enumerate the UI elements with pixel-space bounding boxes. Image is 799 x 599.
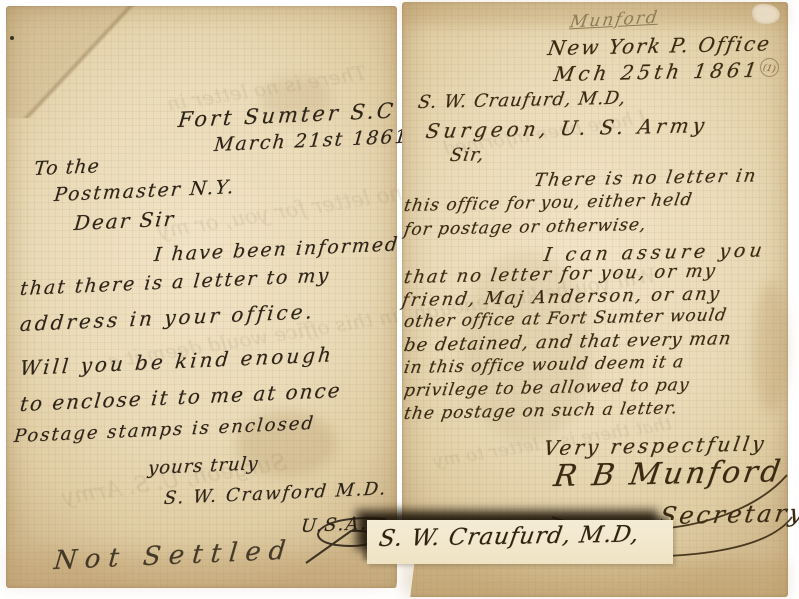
letter-line: for postage or otherwise,: [403, 217, 648, 239]
stain: [754, 282, 788, 412]
left-letter-page: that no letter for you, or my in this of…: [6, 6, 397, 588]
letter-line: in this office would deem it a: [403, 354, 686, 377]
dateline-place: New York P. Office: [546, 33, 772, 58]
letter-line: Dear Sir: [73, 209, 176, 234]
letter-line: I have been informed: [153, 235, 400, 265]
letter-line: Will you be kind enough: [19, 344, 335, 378]
letter-line: There is no letter in: [533, 167, 759, 190]
letter-line: that there is a letter to my: [19, 266, 331, 299]
letter-line: S. W. Craufurd, M.D,: [417, 90, 628, 112]
pencil-annotation: Munford: [568, 8, 660, 33]
letter-line: To the: [33, 157, 101, 179]
letter-line: Postmaster N.Y.: [53, 178, 236, 205]
dateline-date: March 21st 1861: [213, 127, 409, 155]
letter-line: other office at Fort Sumter would: [403, 307, 728, 331]
letter-line: that no letter for you, or my: [403, 262, 719, 287]
letter-line: Surgeon, U. S. Army: [424, 115, 709, 141]
ink-speck: [10, 36, 14, 40]
letter-line: Sir,: [449, 146, 486, 165]
inset-callout-text: S. W. Craufurd, M.D,: [377, 523, 641, 551]
inset-callout: S. W. Craufurd, M.D,: [367, 520, 673, 564]
scanned-letters-image: that no letter for you, or my in this of…: [0, 0, 799, 599]
letter-line: to enclose it to me at once: [19, 380, 343, 414]
page-number-text: (1): [762, 63, 776, 75]
dateline-date: Mch 25th 1861: [552, 60, 762, 84]
right-letter-page: Will you be kind enough that there is a …: [402, 2, 788, 597]
letter-line: privilege to be allowed to pay: [403, 377, 691, 400]
closing-line: yours truly: [147, 455, 259, 478]
letter-line: this office for you, either held: [403, 192, 694, 215]
fold-crease: [6, 6, 151, 118]
